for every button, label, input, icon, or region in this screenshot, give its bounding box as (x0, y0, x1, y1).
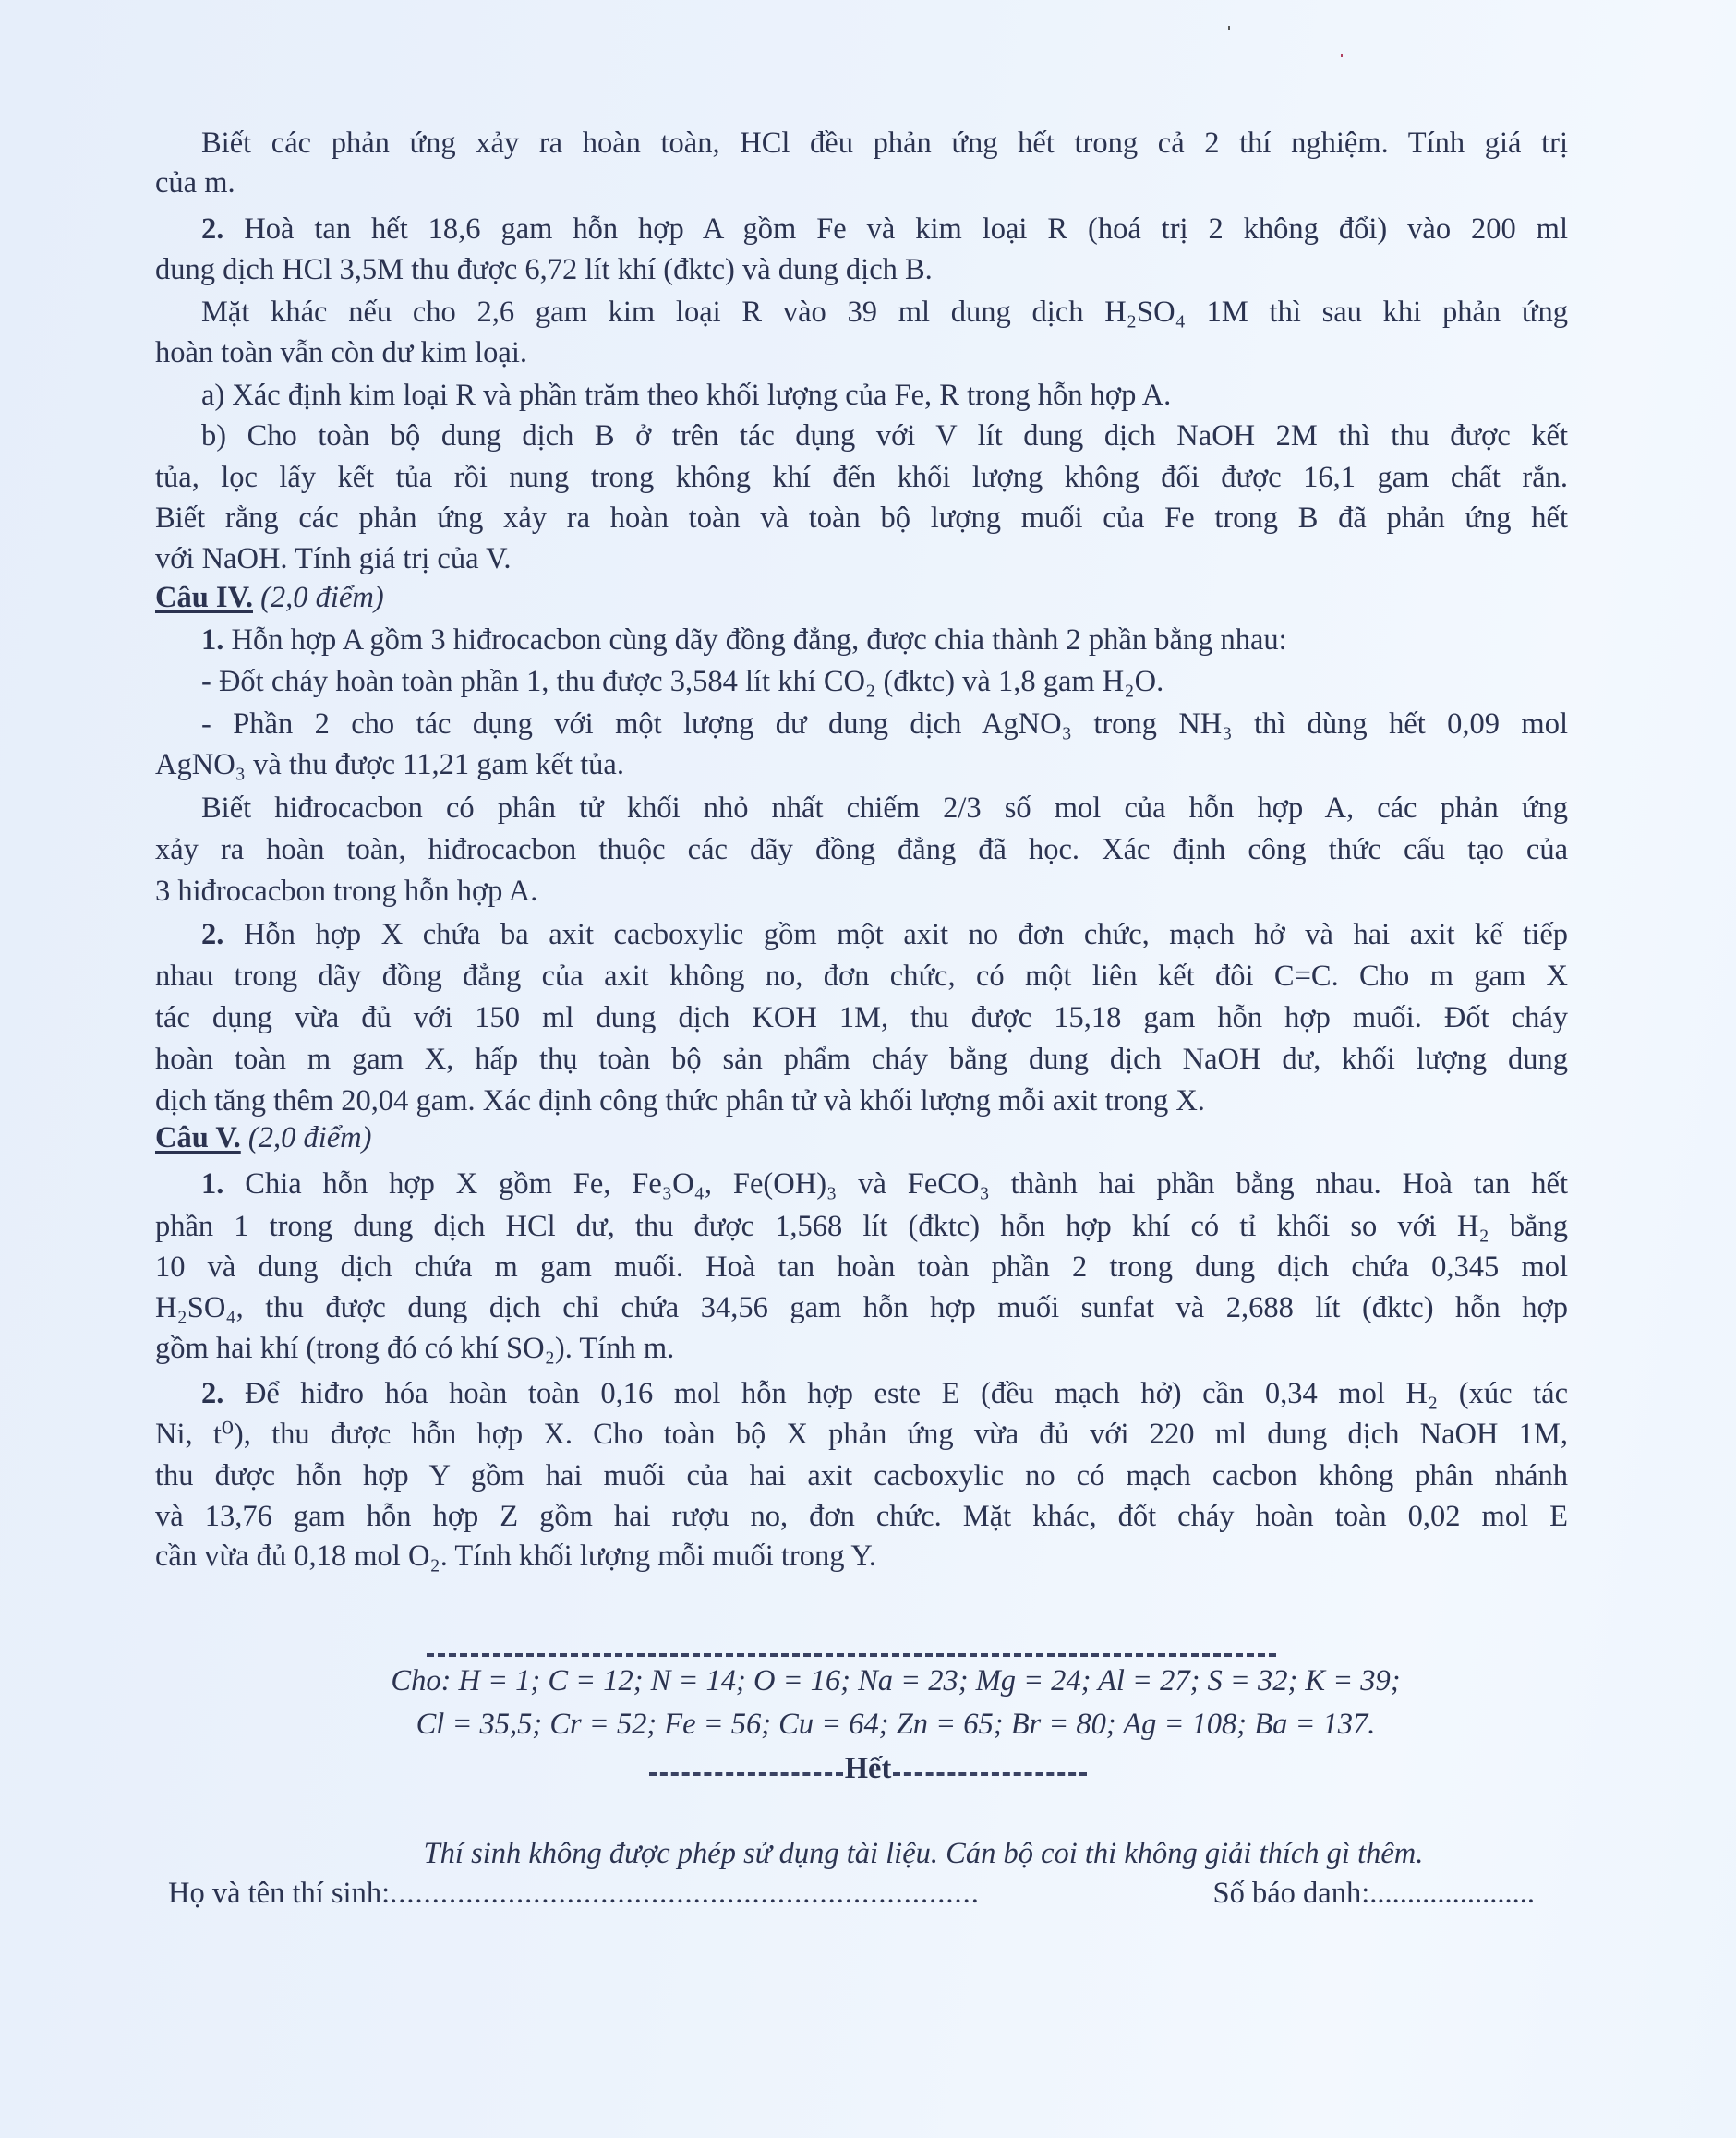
q5-part2-line: 2. Để hiđro hóa hoàn toàn 0,16 mol hỗn h… (201, 1375, 1568, 1412)
text-line: Biết rằng các phản ứng xảy ra hoàn toàn … (155, 500, 1568, 537)
q3-part2-line: 2. Hoà tan hết 18,6 gam hỗn hợp A gồm Fe… (201, 211, 1568, 248)
text-line: a) Xác định kim loại R và phần trăm theo… (201, 377, 1568, 414)
text-line: dung dịch HCl 3,5M thu được 6,72 lít khí… (155, 251, 1568, 288)
scan-speck (1341, 54, 1343, 57)
text-line: phần 1 trong dung dịch HCl dư, thu được … (155, 1208, 1568, 1245)
q5-part1-line: 1. Chia hỗn hợp X gồm Fe, Fe₃O₄, Fe(OH)₃… (201, 1166, 1568, 1202)
text-line: H₂SO₄, thu được dung dịch chỉ chứa 34,56… (155, 1289, 1568, 1326)
text-line: b) Cho toàn bộ dung dịch B ở trên tác dụ… (201, 417, 1568, 454)
candidate-info-row: Họ và tên thí sinh: ....................… (168, 1875, 1535, 1912)
text-line: hoàn toàn m gam X, hấp thụ toàn bộ sản p… (155, 1041, 1568, 1078)
separator-line (427, 1653, 1276, 1657)
text-line: 3 hiđrocacbon trong hỗn hợp A. (155, 873, 1568, 910)
part-number: 1. (201, 623, 223, 657)
candidate-name-field[interactable]: ........................................… (390, 1875, 1207, 1912)
text-line: 10 và dung dịch chứa m gam muối. Hoà tan… (155, 1249, 1568, 1286)
candidate-name-label: Họ và tên thí sinh: (168, 1875, 390, 1912)
text-line: Biết hiđrocacbon có phân tử khối nhỏ nhấ… (201, 790, 1568, 827)
text-line: AgNO₃ và thu được 11,21 gam kết tủa. (155, 746, 1568, 783)
text-line: Mặt khác nếu cho 2,6 gam kim loại R vào … (201, 294, 1568, 331)
atomic-masses-line-2: Cl = 35,5; Cr = 52; Fe = 56; Cu = 64; Zn… (0, 1706, 1736, 1743)
text-line: và 13,76 gam hỗn hợp Z gồm hai rượu no, … (155, 1498, 1568, 1535)
question-4-heading: Câu IV. (2,0 điểm) (155, 579, 1568, 616)
part-number: 2. (201, 1377, 223, 1410)
question-4-label: Câu IV. (155, 581, 253, 614)
dash-left (649, 1772, 843, 1776)
text-line: nhau trong dãy đồng đẳng của axit không … (155, 958, 1568, 995)
text-line: - Đốt cháy hoàn toàn phần 1, thu được 3,… (201, 663, 1568, 700)
text-line: - Phần 2 cho tác dụng với một lượng dư d… (201, 706, 1568, 743)
question-5-points: (2,0 điểm) (248, 1121, 372, 1154)
text-line: xảy ra hoàn toàn, hiđrocacbon thuộc các … (155, 831, 1568, 868)
part-number: 2. (201, 918, 223, 951)
text-line: hoàn toàn vẫn còn dư kim loại. (155, 334, 1568, 371)
text-line: thu được hỗn hợp Y gồm hai muối của hai … (155, 1457, 1568, 1494)
candidate-id-field[interactable]: ...................... (1369, 1875, 1535, 1912)
text-line: của m. (155, 164, 1568, 201)
candidate-id-label: Số báo danh: (1208, 1875, 1370, 1912)
question-5-heading: Câu V. (2,0 điểm) (155, 1119, 1568, 1156)
scan-speck (1228, 26, 1230, 30)
text-line: Ni, t⁰), thu được hỗn hợp X. Cho toàn bộ… (155, 1416, 1568, 1453)
part-number: 1. (201, 1167, 223, 1201)
exam-page: Biết các phản ứng xảy ra hoàn toàn, HCl … (0, 0, 1736, 2138)
text-line: tủa, lọc lấy kết tủa rồi nung trong khôn… (155, 459, 1568, 496)
question-5-label: Câu V. (155, 1121, 241, 1154)
text-line: tác dụng vừa đủ với 150 ml dung dịch KOH… (155, 999, 1568, 1036)
atomic-masses-line-1: Cho: H = 1; C = 12; N = 14; O = 16; Na =… (0, 1662, 1736, 1699)
part-number: 2. (201, 212, 223, 246)
question-4-points: (2,0 điểm) (260, 581, 384, 614)
text-line: với NaOH. Tính giá trị của V. (155, 540, 1568, 577)
text-line: Biết các phản ứng xảy ra hoàn toàn, HCl … (201, 125, 1568, 162)
footer-note: Thí sinh không được phép sử dụng tài liệ… (0, 1835, 1736, 1872)
end-marker-text: Hết (843, 1752, 894, 1786)
q4-part1-line: 1. Hỗn hợp A gồm 3 hiđrocacbon cùng dãy … (201, 622, 1568, 658)
text-line: gồm hai khí (trong đó có khí SO₂). Tính … (155, 1330, 1568, 1367)
q4-part2-line: 2. Hỗn hợp X chứa ba axit cacboxylic gồm… (201, 916, 1568, 953)
text-line: dịch tăng thêm 20,04 gam. Xác định công … (155, 1082, 1568, 1119)
dash-right (893, 1772, 1087, 1776)
end-marker: Hết (0, 1750, 1736, 1787)
text-line: cần vừa đủ 0,18 mol O₂. Tính khối lượng … (155, 1538, 1568, 1575)
